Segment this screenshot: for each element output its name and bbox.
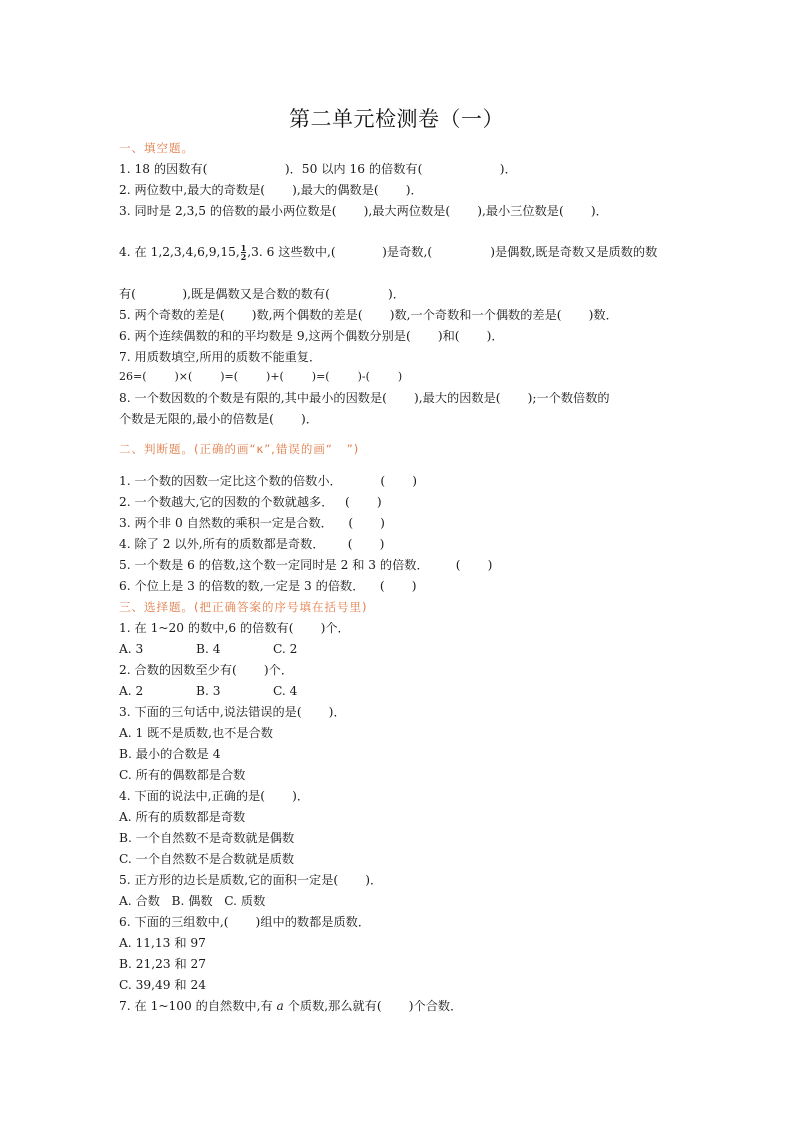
- choice-option: C. 39,49 和 24: [119, 977, 206, 993]
- judge-item: 3. 两个非 0 自然数的乘积一定是合数． ( ): [119, 515, 385, 531]
- choice-options-5: A. 合数 B. 偶数 C. 质数: [119, 893, 265, 909]
- fill-question-8: 8. 一个数因数的个数是有限的,其中最小的因数是( ),最大的因数是( );一个…: [119, 390, 610, 406]
- choice-option: A. 所有的质数都是奇数: [119, 809, 245, 825]
- fill-question-1: 1. 18 的因数有( )．50 以内 16 的倍数有( )．: [119, 161, 517, 177]
- choice-option: B. 一个自然数不是奇数就是偶数: [119, 830, 294, 846]
- choice-option: A. 11,13 和 97: [119, 935, 206, 951]
- choice-option: A. 2: [119, 683, 143, 699]
- section-choice-header: 三、选择题。(把正确答案的序号填在括号里): [119, 599, 367, 615]
- judge-item: 2. 一个数越大,它的因数的个数就越多． ( ): [119, 494, 382, 510]
- choice-option: B. 3: [196, 683, 220, 699]
- judge-item: 5. 一个数是 6 的倍数,这个数一定同时是 2 和 3 的倍数． ( ): [119, 557, 492, 573]
- fill-question-5: 5. 两个奇数的差是( )数,两个偶数的差是( )数,一个奇数和一个偶数的差是(…: [119, 307, 618, 323]
- choice-question-4: 4. 下面的说法中,正确的是( )．: [119, 788, 309, 804]
- judge-item: 4. 除了 2 以外,所有的质数都是奇数． ( ): [119, 536, 384, 552]
- choice-question-2: 2. 合数的因数至少有( )个．: [119, 662, 293, 678]
- section-fill-header: 一、填空题。: [119, 140, 194, 156]
- fill-question-6: 6. 两个连续偶数的和的平均数是 9,这两个偶数分别是( )和( )．: [119, 328, 504, 344]
- fraction-denominator: 2: [241, 253, 247, 261]
- choice-option: B. 最小的合数是 4: [119, 746, 220, 762]
- choice-question-7-end: 个质数,那么就有( )个合数．: [284, 999, 462, 1013]
- judge-item: 6. 个位上是 3 的倍数的数,一定是 3 的倍数． ( ): [119, 578, 417, 594]
- fill-question-4-start: 4. 在 1,2,3,4,6,9,15,: [119, 245, 240, 259]
- fill-question-4-cont: 有( ),既是偶数又是合数的数有( )．: [119, 286, 405, 302]
- fraction-one-half: 12: [241, 244, 247, 261]
- fill-question-3: 3. 同时是 2,3,5 的倍数的最小两位数是( ),最大两位数是( ),最小三…: [119, 203, 608, 219]
- choice-option: C. 4: [273, 683, 297, 699]
- fill-question-7: 7. 用质数填空,所用的质数不能重复．: [119, 349, 321, 365]
- choice-option: C. 2: [273, 641, 297, 657]
- variable-a: a: [277, 999, 284, 1013]
- choice-question-6: 6. 下面的三组数中,( )组中的数都是质数．: [119, 914, 370, 930]
- choice-option: C. 一个自然数不是合数就是质数: [119, 851, 294, 867]
- choice-option: A. 1 既不是质数,也不是合数: [119, 725, 273, 741]
- fill-question-8-cont: 个数是无限的,最小的倍数是( )．: [119, 411, 318, 427]
- choice-option: B. 21,23 和 27: [119, 956, 206, 972]
- fill-question-4-end: ,3. 6 这些数中,( )是奇数,( )是偶数,既是奇数又是质数的数: [247, 245, 657, 259]
- fill-question-2: 2. 两位数中,最大的奇数是( ),最大的偶数是( )．: [119, 182, 423, 198]
- choice-question-3: 3. 下面的三句话中,说法错误的是( )．: [119, 704, 346, 720]
- choice-option: B. 4: [196, 641, 220, 657]
- choice-question-7-start: 7. 在 1~100 的自然数中,有: [119, 999, 277, 1013]
- choice-question-7: 7. 在 1~100 的自然数中,有 a 个质数,那么就有( )个合数．: [119, 998, 462, 1014]
- choice-option: A. 3: [119, 641, 143, 657]
- choice-question-5: 5. 正方形的边长是质数,它的面积一定是( )．: [119, 872, 382, 888]
- fill-question-4: 4. 在 1,2,3,4,6,9,15,12,3. 6 这些数中,( )是奇数,…: [119, 244, 657, 261]
- page-title: 第二单元检测卷（一）: [0, 103, 793, 133]
- section-judge-header: 二、判断题。(正确的画“κ”,错误的画“ ”): [119, 441, 359, 457]
- judge-item: 1. 一个数的因数一定比这个数的倍数小． ( ): [119, 473, 417, 489]
- choice-option: C. 所有的偶数都是合数: [119, 767, 245, 783]
- fill-question-7-equation: 26=( )×( )=( )+( )=( )-( ): [119, 369, 402, 385]
- choice-question-1: 1. 在 1~20 的数中,6 的倍数有( )个．: [119, 620, 350, 636]
